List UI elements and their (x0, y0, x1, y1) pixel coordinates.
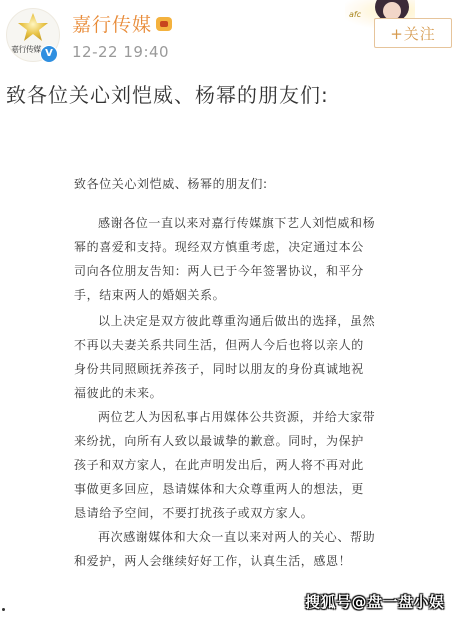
letter-paragraph-1: 感谢各位一直以来对嘉行传媒旗下艺人刘恺威和杨幂的喜爱和支持。现经双方慎重考虑，决… (74, 211, 376, 307)
crown-icon (156, 17, 172, 31)
account-name[interactable]: 嘉行传媒 (72, 10, 152, 37)
star-logo-icon (17, 11, 49, 43)
post-header: 嘉行传媒 V 嘉行传媒 12-22 19:40 afc +关注 (0, 0, 458, 70)
letter-paragraph-2: 以上决定是双方彼此尊重沟通后做出的选择，虽然不再以夫妻关系共同生活，但两人今后也… (74, 309, 376, 405)
letter-salutation: 致各位关心刘恺威、杨幂的朋友们: (74, 175, 268, 192)
bullet-dot (2, 608, 5, 611)
follow-button[interactable]: +关注 (374, 18, 452, 48)
account-name-row: 嘉行传媒 (72, 10, 172, 37)
post-headline: 致各位关心刘恺威、杨幂的朋友们: (6, 79, 329, 108)
avatar-logo-text: 嘉行传媒 (11, 44, 41, 55)
verified-badge-icon: V (40, 45, 58, 63)
watermark: 搜狐号@盘一盘小娱 (305, 591, 445, 612)
letter-paragraph-4: 再次感谢媒体和大众一直以来对两人的关心、帮助和爱护，两人会继续好好工作，认真生活… (74, 525, 376, 573)
letter-paragraph-3: 两位艺人为因私事占用媒体公共资源，并给大家带来纷扰，向所有人致以最诚挚的歉意。同… (74, 405, 376, 525)
post-timestamp: 12-22 19:40 (72, 43, 169, 61)
statement-letter-image: 致各位关心刘恺威、杨幂的朋友们: 感谢各位一直以来对嘉行传媒旗下艺人刘恺威和杨幂… (0, 120, 458, 590)
decor-tag: afc (349, 10, 361, 19)
